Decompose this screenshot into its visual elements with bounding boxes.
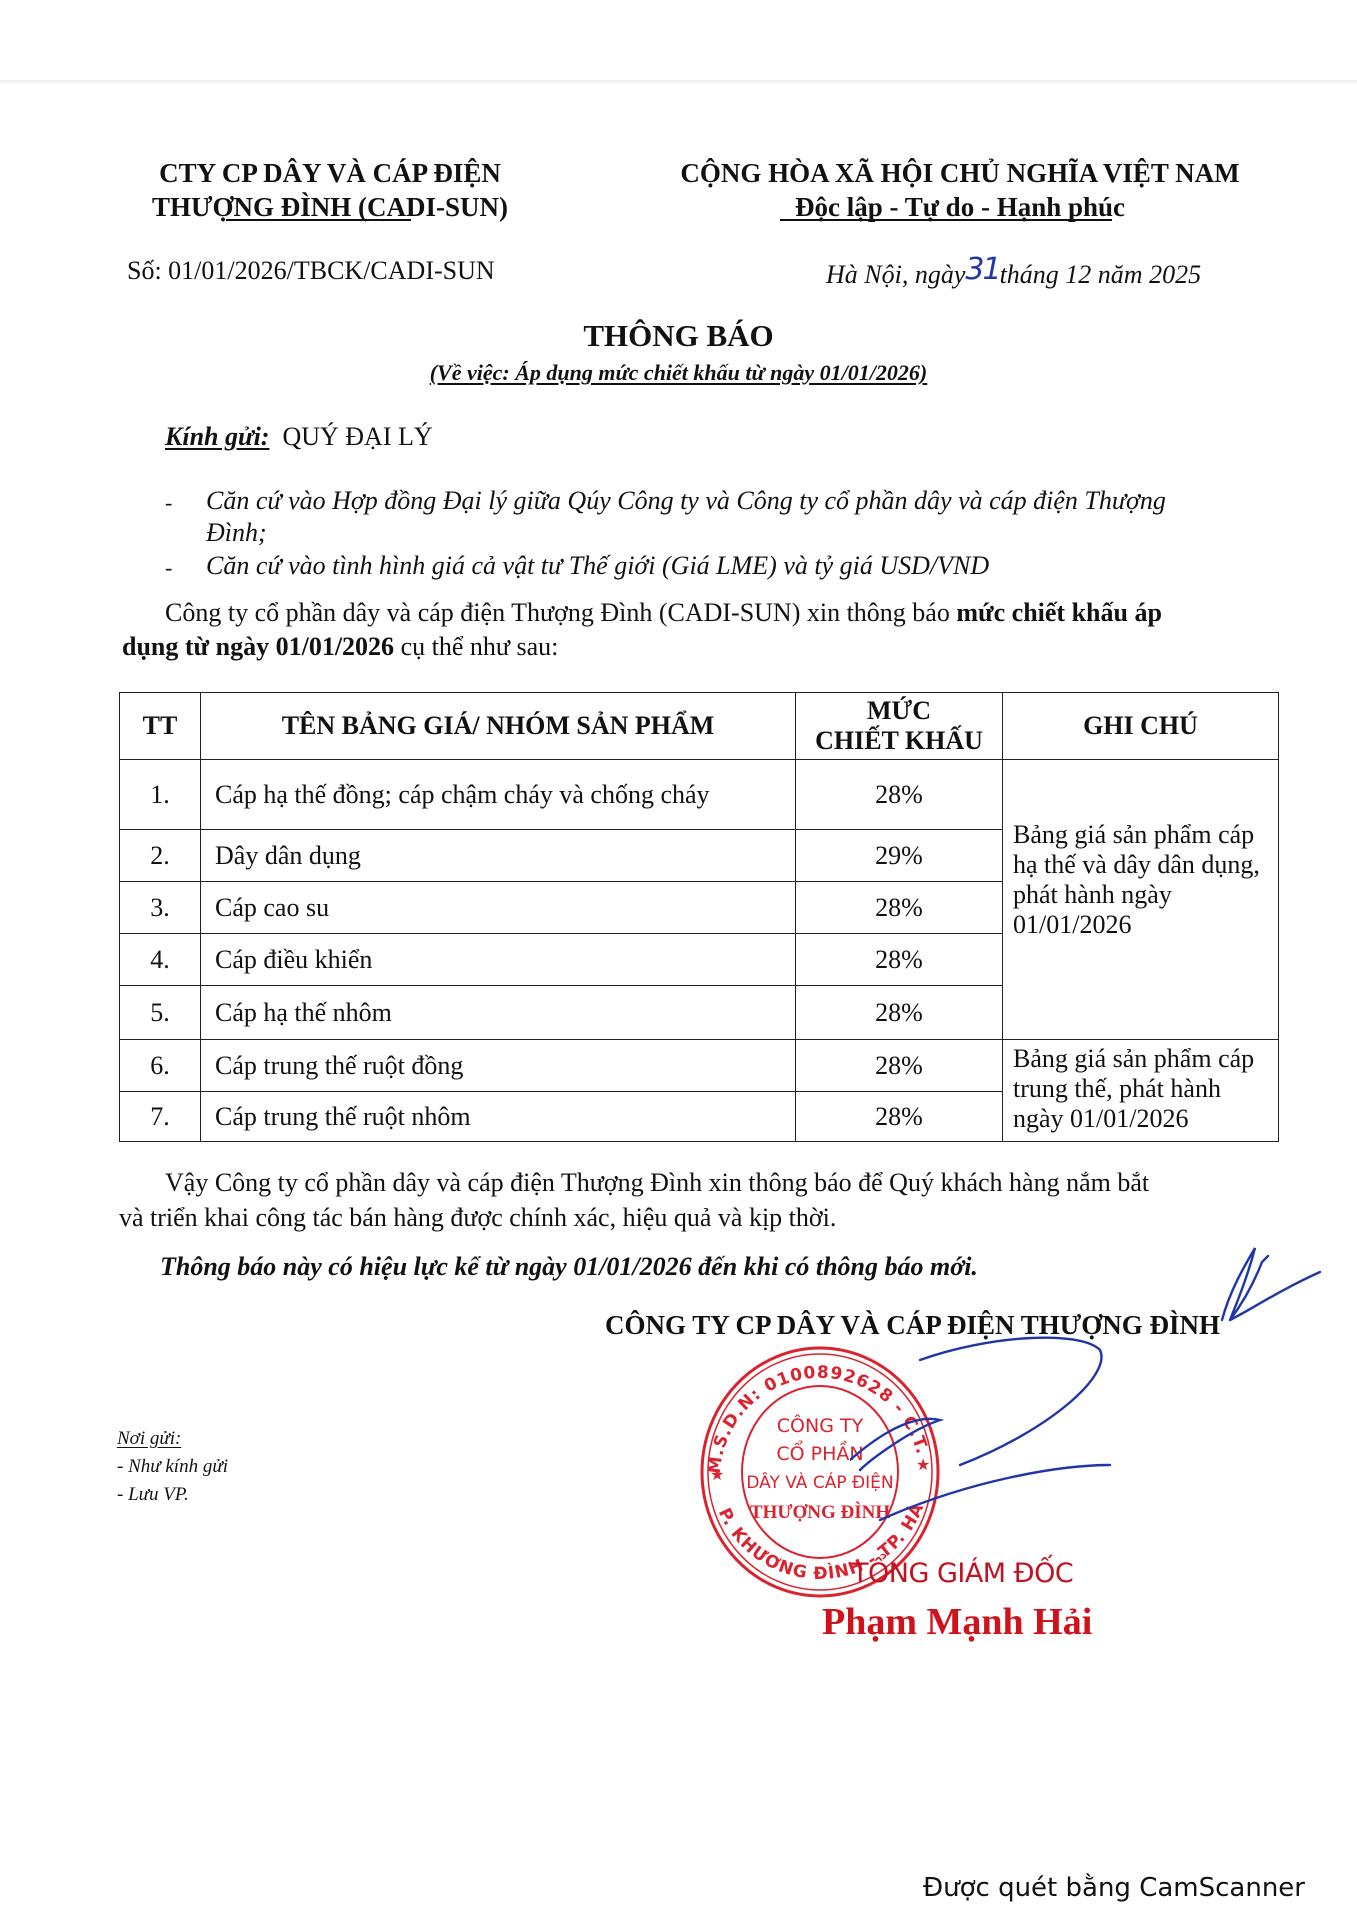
issuer-line-1: CTY CP DÂY VÀ CÁP ĐIỆN (120, 156, 540, 190)
note-line: ngày 01/01/2026 (1013, 1104, 1272, 1134)
scan-top-margin (0, 0, 1357, 82)
product-group: Cáp điều khiển (201, 934, 796, 986)
note-line: hạ thế và dây dân dụng, (1013, 850, 1272, 880)
note-cell: Bảng giá sản phẩm cáphạ thế và dây dân d… (1003, 760, 1279, 1040)
svg-text:DÂY VÀ CÁP ĐIỆN: DÂY VÀ CÁP ĐIỆN (746, 1471, 893, 1493)
product-group: Cáp hạ thế đồng; cáp chậm cháy và chống … (201, 760, 796, 830)
discount-header-line-2: CHIẾT KHẤU (796, 726, 1002, 756)
discount-rate: 28% (796, 760, 1003, 830)
date-suffix: tháng 12 năm 2025 (1000, 260, 1202, 289)
issuer-header: CTY CP DÂY VÀ CÁP ĐIỆN THƯỢNG ĐÌNH (CADI… (120, 156, 540, 224)
svg-text:CÔNG TY: CÔNG TY (777, 1413, 864, 1437)
product-group: Cáp trung thế ruột đồng (201, 1040, 796, 1092)
col-header-note: GHI CHÚ (1003, 693, 1279, 760)
row-number: 7. (120, 1092, 201, 1142)
distribution-label: Nơi gửi: (117, 1428, 181, 1450)
basis-1-line-1: Căn cứ vào Hợp đồng Đại lý giữa Qúy Công… (206, 486, 1166, 516)
national-header: CỘNG HÒA XÃ HỘI CHỦ NGHĨA VIỆT NAM Độc l… (610, 156, 1310, 224)
recipient-label: Kính gửi: (165, 422, 269, 451)
col-header-discount: MỨCCHIẾT KHẤU (796, 693, 1003, 760)
svg-text:★: ★ (710, 1465, 724, 1484)
row-number: 1. (120, 760, 201, 830)
row-number: 6. (120, 1040, 201, 1092)
col-header-tt: TT (120, 693, 201, 760)
distribution-item: - Như kính gửi (117, 1456, 228, 1478)
svg-text:CỔ PHẦN: CỔ PHẦN (776, 1439, 863, 1465)
basis-2: Căn cứ vào tình hình giá cả vật tư Thế g… (206, 551, 989, 581)
note-line: Bảng giá sản phẩm cáp (1013, 1044, 1272, 1074)
motto-underline (780, 219, 1112, 221)
subject-text: (Về việc: Áp dụng mức chiết khấu từ ngày… (430, 360, 928, 385)
discount-rate: 28% (796, 986, 1003, 1040)
date-prefix: Hà Nội, ngày (826, 260, 965, 289)
product-group: Cáp cao su (201, 882, 796, 934)
table-row: 1.Cáp hạ thế đồng; cáp chậm cháy và chốn… (120, 760, 1279, 830)
issuer-underline (226, 219, 411, 221)
discount-rate: 28% (796, 882, 1003, 934)
basis-1-line-2: Đình; (206, 518, 267, 548)
intro-text-end: cụ thể như sau: (394, 632, 558, 661)
note-line: Bảng giá sản phẩm cáp (1013, 820, 1272, 850)
closing-line-2: và triển khai công tác bán hàng được chí… (119, 1203, 836, 1233)
recipient: Kính gửi: QUÝ ĐẠI LÝ (165, 422, 433, 452)
row-number: 3. (120, 882, 201, 934)
note-cell: Bảng giá sản phẩm cáptrung thế, phát hàn… (1003, 1040, 1279, 1142)
note-line: 01/01/2026 (1013, 910, 1272, 940)
svg-text:★: ★ (916, 1455, 930, 1474)
page-top-edge (0, 80, 1357, 86)
product-group: Dây dân dụng (201, 830, 796, 882)
document-subject: (Về việc: Áp dụng mức chiết khấu từ ngày… (0, 360, 1357, 386)
document-number: Số: 01/01/2026/TBCK/CADI-SUN (127, 256, 495, 286)
signing-company: CÔNG TY CP DÂY VÀ CÁP ĐIỆN THƯỢNG ĐÌNH (605, 1310, 1220, 1341)
row-number: 5. (120, 986, 201, 1040)
signer-name: Phạm Mạnh Hải (822, 1600, 1092, 1644)
discount-rate: 28% (796, 1040, 1003, 1092)
signer-position: TỔNG GIÁM ĐỐC (852, 1558, 1073, 1589)
intro-bold: mức chiết khấu áp (956, 598, 1162, 627)
intro-text: Công ty cổ phần dây và cáp điện Thượng Đ… (165, 598, 956, 627)
row-number: 4. (120, 934, 201, 986)
camscanner-watermark: Được quét bằng CamScanner (923, 1873, 1305, 1903)
bullet-dash: - (165, 490, 172, 516)
intro-bold-date: dụng từ ngày 01/01/2026 (122, 632, 394, 661)
closing-line-1: Vậy Công ty cổ phần dây và cáp điện Thượ… (165, 1168, 1149, 1198)
discount-table: TT TÊN BẢNG GIÁ/ NHÓM SẢN PHẨM MỨCCHIẾT … (119, 692, 1279, 1142)
product-group: Cáp hạ thế nhôm (201, 986, 796, 1040)
intro-line-1: Công ty cổ phần dây và cáp điện Thượng Đ… (165, 598, 1162, 628)
table-header-row: TT TÊN BẢNG GIÁ/ NHÓM SẢN PHẨM MỨCCHIẾT … (120, 693, 1279, 760)
document-date: Hà Nội, ngày31tháng 12 năm 2025 (826, 256, 1201, 291)
product-group: Cáp trung thế ruột nhôm (201, 1092, 796, 1142)
discount-header-line-1: MỨC (796, 696, 1002, 726)
discount-rate: 29% (796, 830, 1003, 882)
table-row: 6.Cáp trung thế ruột đồng28%Bảng giá sản… (120, 1040, 1279, 1092)
discount-rate: 28% (796, 1092, 1003, 1142)
svg-text:THƯỢNG ĐÌNH: THƯỢNG ĐÌNH (750, 1501, 890, 1523)
discount-rate: 28% (796, 934, 1003, 986)
effective-statement: Thông báo này có hiệu lực kể từ ngày 01/… (160, 1252, 978, 1282)
intro-line-2: dụng từ ngày 01/01/2026 cụ thể như sau: (122, 632, 558, 662)
col-header-name: TÊN BẢNG GIÁ/ NHÓM SẢN PHẨM (201, 693, 796, 760)
national-motto-line-1: CỘNG HÒA XÃ HỘI CHỦ NGHĨA VIỆT NAM (610, 156, 1310, 190)
distribution-item: - Lưu VP. (117, 1484, 189, 1506)
note-line: trung thế, phát hành (1013, 1074, 1272, 1104)
recipient-value: QUÝ ĐẠI LÝ (282, 422, 432, 451)
bullet-dash: - (165, 555, 172, 581)
row-number: 2. (120, 830, 201, 882)
document-title: THÔNG BÁO (0, 318, 1357, 354)
handwritten-day: 31 (965, 252, 999, 287)
note-line: phát hành ngày (1013, 880, 1272, 910)
